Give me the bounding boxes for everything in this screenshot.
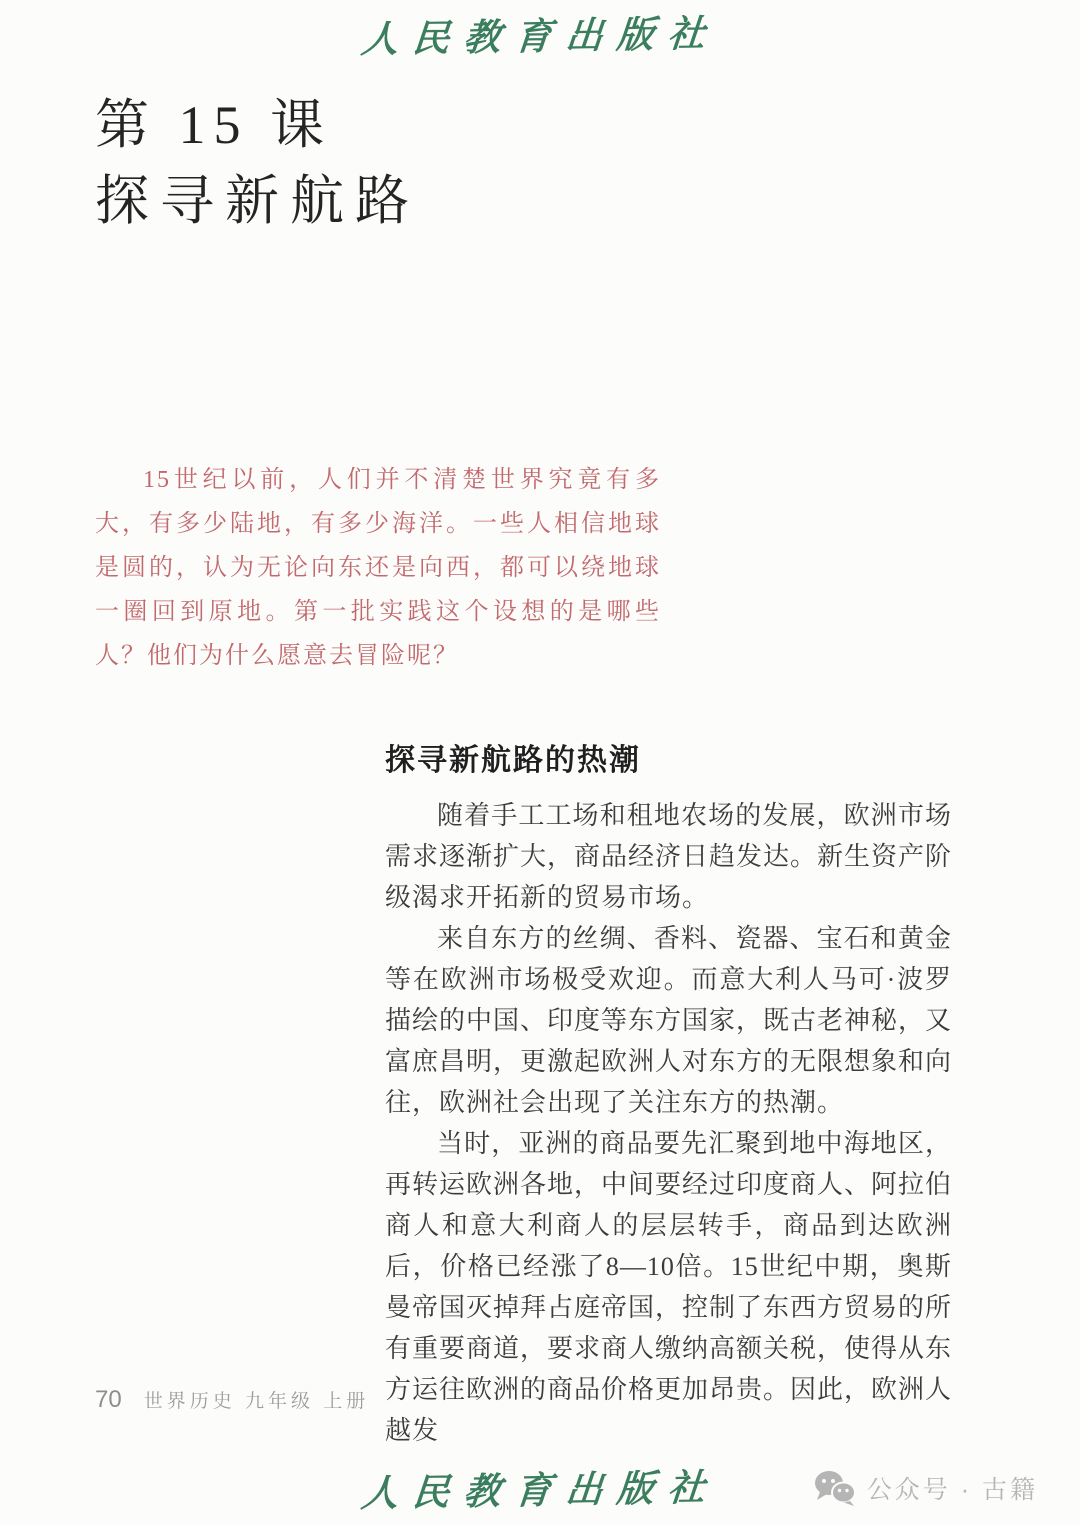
lesson-title: 探寻新航路: [95, 174, 420, 228]
publisher-logo-top: 人民教育出版社: [0, 6, 1080, 60]
textbook-page: 人民教育出版社 第 15 课 探寻新航路 15世纪以前，人们并不清楚世界究竟有多…: [0, 0, 1080, 1526]
intro-passage: 15世纪以前，人们并不清楚世界究竟有多大，有多少陆地，有多少海洋。一些人相信地球…: [95, 458, 661, 678]
page-footer: 70 世界历史 九年级 上册: [95, 1386, 369, 1414]
lesson-number: 第 15 课: [95, 98, 420, 152]
lesson-title-block: 第 15 课 探寻新航路: [95, 98, 420, 228]
wechat-icon: [813, 1470, 857, 1506]
wechat-watermark: 公众号 · 古籍: [813, 1470, 1038, 1506]
book-info: 世界历史 九年级 上册: [144, 1386, 370, 1413]
main-text-column: 探寻新航路的热潮 随着手工工场和租地农场的发展，欧洲市场需求逐渐扩大，商品经济日…: [385, 735, 952, 1451]
body-paragraph-2: 来自东方的丝绸、香料、瓷器、宝石和黄金等在欧洲市场极受欢迎。而意大利人马可·波罗…: [385, 918, 952, 1123]
section-heading: 探寻新航路的热潮: [385, 735, 952, 779]
watermark-label: 公众号 · 古籍: [867, 1470, 1038, 1506]
page-number: 70: [95, 1386, 122, 1414]
publisher-logo-text: 人民教育出版社: [359, 3, 721, 63]
publisher-logo-text: 人民教育出版社: [359, 1457, 721, 1517]
body-paragraph-3: 当时，亚洲的商品要先汇聚到地中海地区，再转运欧洲各地，中间要经过印度商人、阿拉伯…: [385, 1123, 952, 1451]
body-paragraph-1: 随着手工工场和租地农场的发展，欧洲市场需求逐渐扩大，商品经济日趋发达。新生资产阶…: [385, 795, 952, 918]
